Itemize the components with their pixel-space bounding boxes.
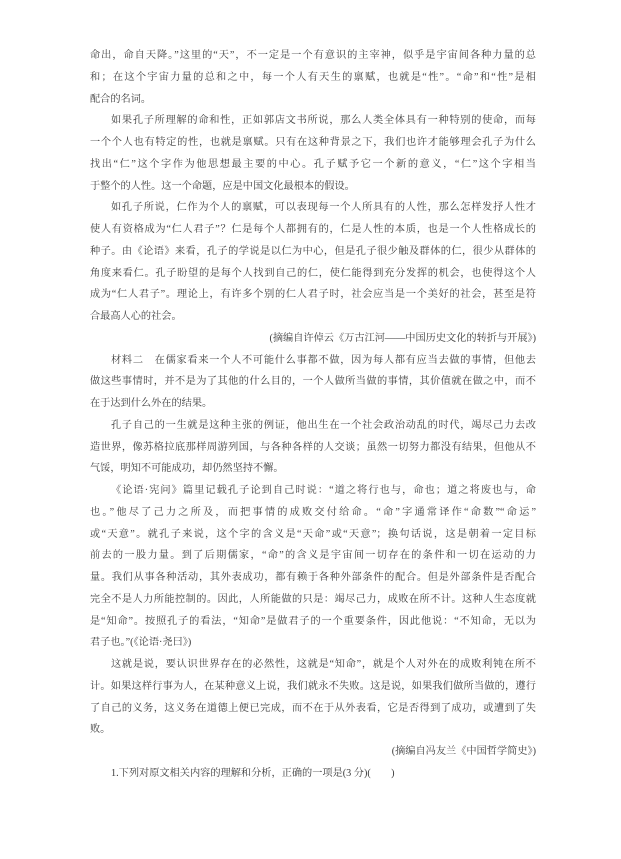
document-page: 命出，命自天降。”这里的“天”，不一定是一个有意识的主宰神，似乎是宇宙间各种力量…	[0, 0, 621, 859]
text-line: 成为“仁人君子”。理论上，有许多个别的仁人君子时，社会应当是一个美好的社会，甚至…	[90, 284, 536, 306]
text-line: 前去的一股力量。到了后期儒家，“命”的含义是宇宙间一切存在的条件和一切在运动的力	[90, 545, 536, 567]
text-line: 一个个人也有特定的性，也就是禀赋。只有在这种背景之下，我们也许才能够理会孔子为什…	[90, 132, 536, 154]
passage-text: 命出，命自天降。”这里的“天”，不一定是一个有意识的主宰神，似乎是宇宙间各种力量…	[90, 45, 536, 785]
text-line: 《论语·宪问》篇里记载孔子论到自己时说：“道之将行也与，命也；道之将废也与，命	[90, 480, 536, 502]
text-line: 做这些事情时，并不是为了其他的什么目的，一个人做所当做的事情，其价值就在做之中，…	[90, 371, 536, 393]
text-line: 君子也。”(《论语·尧曰》)	[90, 632, 536, 654]
text-line: 配合的名词。	[90, 89, 536, 111]
text-line: 也。”他尽了己力之所及，而把事情的成败交付给命。“命”字通常译作“命数”“命运”	[90, 502, 536, 524]
text-line: 完全不是人力所能控制的。因此，人所能做的只是：竭尽己力，成败在所不计。这种人生态…	[90, 589, 536, 611]
text-line: 败。	[90, 719, 536, 741]
text-line: 和；在这个宇宙力量的总和之中，每一个人有天生的禀赋，也就是“性”。“命”和“性”…	[90, 67, 536, 89]
question-1: 1.下列对原文相关内容的理解和分析，正确的一项是(3 分)( )	[90, 763, 536, 785]
text-line: 这就是说，要认识世界存在的必然性，这就是“知命”，就是个人对外在的成败利钝在所不	[90, 654, 536, 676]
text-line: 使人有资格成为“仁人君子”？仁是每个人都拥有的，仁是人性的本质，也是一个人性格成…	[90, 219, 536, 241]
text-line: 孔子自己的一生就是这种主张的例证，他出生在一个社会政治动乱的时代，竭尽己力去改	[90, 415, 536, 437]
text-line: 或“天意”。就孔子来说，这个字的含义是“天命”或“天意”；换句话说，这是朝着一定…	[90, 524, 536, 546]
text-line: 造世界，像苏格拉底那样周游列国，与各种各样的人交谈；虽然一切努力都没有结果，但他…	[90, 437, 536, 459]
text-line: 是“知命”。按照孔子的看法，“知命”是做君子的一个重要条件，因此他说：“不知命，…	[90, 611, 536, 633]
text-line: 计。如果这样行事为人，在某种意义上说，我们就永不失败。这是说，如果我们做所当做的…	[90, 676, 536, 698]
text-line: 找出“仁”这个字作为他思想最主要的中心。孔子赋予它一个新的意义，“仁”这个字相当	[90, 154, 536, 176]
text-line: 于整个的人性。这一个命题，应是中国文化最根本的假设。	[90, 176, 536, 198]
text-line: 量。我们从事各种活动，其外表成功，都有赖于各种外部条件的配合。但是外部条件是否配…	[90, 567, 536, 589]
text-line: 如孔子所说，仁作为个人的禀赋，可以表现每一个人所具有的人性，那么怎样发抒人性才	[90, 197, 536, 219]
text-line: 如果孔子所理解的命和性，正如郭店文书所说，那么人类全体具有一种特别的使命，而每	[90, 110, 536, 132]
source-attribution-2: (摘编自冯友兰《中国哲学简史》)	[90, 741, 536, 763]
source-attribution-1: (摘编自许倬云《万古江河——中国历史文化的转折与开展》)	[90, 328, 536, 350]
text-line: 种子。由《论语》来看，孔子的学说是以仁为中心，但是孔子很少触及群体的仁，很少从群…	[90, 241, 536, 263]
text-line: 合最高人心的社会。	[90, 306, 536, 328]
text-line: 了自己的义务，这义务在道德上便已完成，而不在于从外表看，它是否得到了成功，或遭到…	[90, 698, 536, 720]
text-line: 角度来看仁。孔子盼望的是每个人找到自己的仁，使仁能得到充分发挥的机会，也使得这个…	[90, 263, 536, 285]
text-line: 在于达到什么外在的结果。	[90, 393, 536, 415]
text-line: 气馁，明知不可能成功，却仍然坚持不懈。	[90, 458, 536, 480]
material-2-heading-line: 材料二 在儒家看来一个人不可能什么事都不做，因为每人都有应当去做的事情，但他去	[90, 350, 536, 372]
text-line: 命出，命自天降。”这里的“天”，不一定是一个有意识的主宰神，似乎是宇宙间各种力量…	[90, 45, 536, 67]
